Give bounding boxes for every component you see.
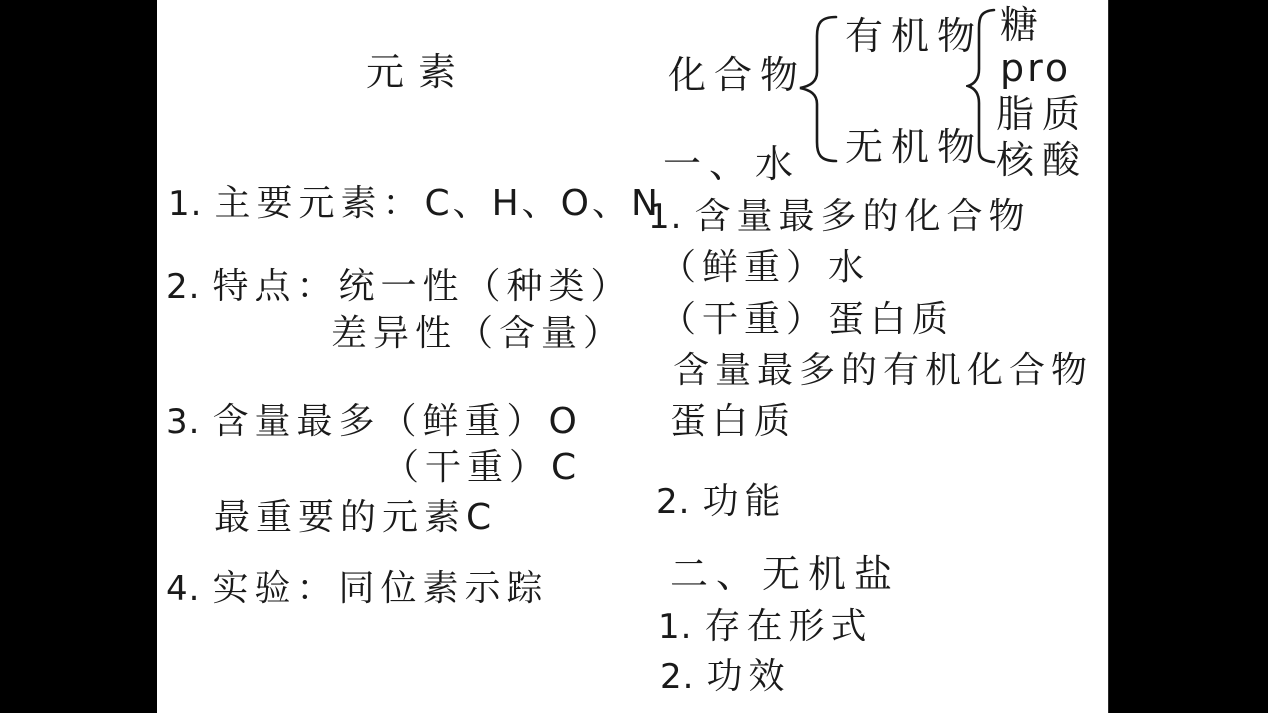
elements-item-3-line-3-suffix: C: [466, 497, 494, 538]
elements-item-3-number: 3.: [166, 402, 200, 442]
salt-item-2-text: 功效: [706, 656, 790, 696]
water-item-2-number: 2.: [656, 482, 690, 522]
elements-item-3-line-2: （干重）C: [383, 447, 579, 488]
salt-item-1-text: 存在形式: [704, 606, 872, 646]
elements-item-1-text: 主要元素：: [214, 183, 424, 223]
elements-item-2-text: 特点：统一性（种类）: [212, 266, 632, 306]
salt-item-2-number: 2.: [660, 657, 694, 697]
elements-item-2-line-2: 差异性（含量）: [331, 313, 625, 353]
elements-item-3-text: 含量最多（鲜重）: [212, 401, 548, 441]
salt-item-2: 2.功效: [660, 656, 790, 696]
elements-item-3-line-1: 3.含量最多（鲜重）O: [166, 401, 580, 442]
elements-item-1-suffix: C、H、O、N: [424, 183, 660, 224]
compound-root-label: 化合物: [668, 55, 806, 98]
elements-item-3-line-2-suffix: C: [551, 447, 579, 488]
organic-branch-label: 有机物: [845, 16, 983, 59]
water-heading: 一、水: [663, 144, 801, 187]
water-item-2: 2.功能: [656, 481, 786, 521]
salt-heading: 二、无机盐: [670, 554, 900, 597]
elements-item-2-line-1: 2.特点：统一性（种类）: [166, 266, 632, 306]
water-item-2-text: 功能: [702, 481, 786, 521]
elements-item-4-text: 实验：同位素示踪: [212, 568, 548, 608]
elements-item-1-number: 1.: [168, 184, 202, 224]
water-item-1-line-3: （干重）蛋白质: [660, 299, 954, 339]
water-item-1-line-1: 1.含量最多的化合物: [648, 196, 1030, 236]
inorganic-branch-label: 无机物: [845, 127, 983, 170]
elements-item-1: 1.主要元素：C、H、O、N: [168, 183, 661, 224]
water-item-1-line-4: 含量最多的有机化合物: [673, 350, 1093, 390]
salt-item-1: 1.存在形式: [658, 606, 872, 646]
elements-item-4: 4.实验：同位素示踪: [166, 568, 548, 608]
salt-item-1-number: 1.: [658, 607, 692, 647]
organic-type-lipid: 脂质: [996, 94, 1088, 137]
organic-types-brace: [966, 7, 996, 165]
letterbox-left: [0, 0, 158, 713]
elements-item-3-line-1-suffix: O: [548, 401, 579, 442]
elements-title: 元素: [366, 52, 470, 95]
elements-item-3-line-2-text: （干重）: [383, 447, 551, 487]
water-item-1-line-1-text: 含量最多的化合物: [694, 196, 1030, 236]
organic-type-nucleic-acid: 核酸: [996, 140, 1088, 183]
water-item-1-number: 1.: [648, 197, 682, 237]
organic-type-protein: pro: [1000, 47, 1071, 90]
organic-type-sugar: 糖: [1000, 5, 1046, 48]
elements-item-3-line-3: 最重要的元素C: [214, 497, 494, 538]
water-item-1-line-5: 蛋白质: [670, 401, 796, 441]
water-item-1-line-2: （鲜重）水: [660, 247, 870, 287]
letterbox-right: [1108, 0, 1268, 713]
elements-item-4-number: 4.: [166, 569, 200, 609]
compound-brace: [796, 14, 840, 164]
elements-item-3-line-3-text: 最重要的元素: [214, 497, 466, 537]
elements-item-2-number: 2.: [166, 267, 200, 307]
